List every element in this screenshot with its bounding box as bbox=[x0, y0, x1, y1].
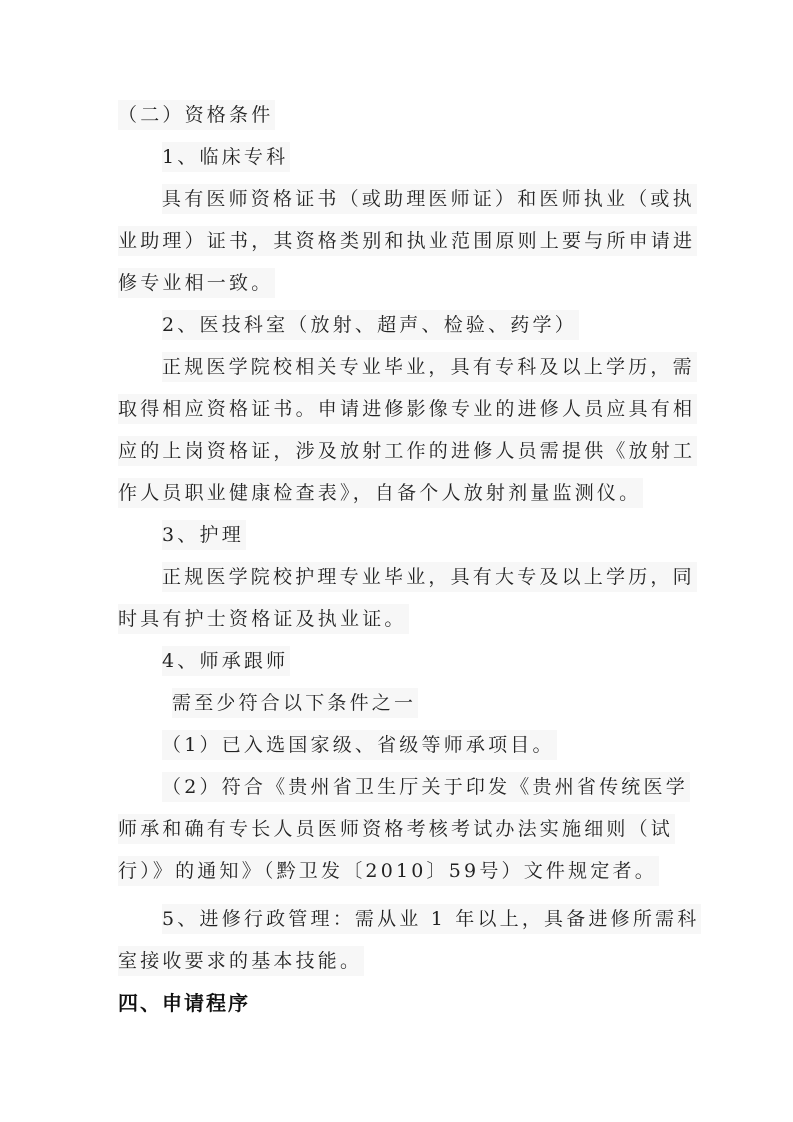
paragraph-line: 正规医学院校相关专业毕业，具有专科及以上学历，需 bbox=[162, 352, 697, 382]
paragraph-line: 修专业相一致。 bbox=[118, 268, 275, 298]
item-heading-medtech: 2、医技科室（放射、超声、检验、药学） bbox=[162, 310, 579, 340]
paragraph-line: 师承和确有专长人员医师资格考核考试办法实施细则（试 bbox=[118, 814, 675, 844]
paragraph-line: 作人员职业健康检查表》，自备个人放射剂量监测仪。 bbox=[118, 478, 643, 508]
section-title: （二）资格条件 bbox=[118, 100, 275, 130]
paragraph-line: 应的上岗资格证，涉及放射工作的进修人员需提供《放射工 bbox=[118, 436, 697, 466]
paragraph-line: （2）符合《贵州省卫生厅关于印发《贵州省传统医学 bbox=[162, 772, 690, 802]
paragraph-line: （1）已入选国家级、省级等师承项目。 bbox=[162, 730, 557, 760]
paragraph-line: 具有医师资格证书（或助理医师证）和医师执业（或执 bbox=[162, 184, 697, 214]
paragraph-line: 行）》的通知》（黔卫发〔2010〕59号）文件规定者。 bbox=[118, 856, 659, 886]
item-heading-nursing: 3、护理 bbox=[162, 520, 246, 550]
paragraph-line: 时具有护士资格证及执业证。 bbox=[118, 604, 409, 634]
item-heading-admin: 5、进修行政管理：需从业 1 年以上，具备进修所需科 bbox=[162, 904, 701, 934]
item-heading-mentorship: 4、师承跟师 bbox=[162, 646, 290, 676]
paragraph-line: 需至少符合以下条件之一 bbox=[172, 688, 418, 718]
paragraph-line: 取得相应资格证书。申请进修影像专业的进修人员应具有相 bbox=[118, 394, 697, 424]
paragraph-line: 正规医学院校护理专业毕业，具有大专及以上学历，同 bbox=[162, 562, 697, 592]
next-section-title: 四、申请程序 bbox=[118, 988, 250, 1018]
paragraph-line: 业助理）证书，其资格类别和执业范围原则上要与所申请进 bbox=[118, 226, 697, 256]
item-heading-clinical: 1、临床专科 bbox=[162, 142, 290, 172]
paragraph-line: 室接收要求的基本技能。 bbox=[118, 946, 364, 976]
